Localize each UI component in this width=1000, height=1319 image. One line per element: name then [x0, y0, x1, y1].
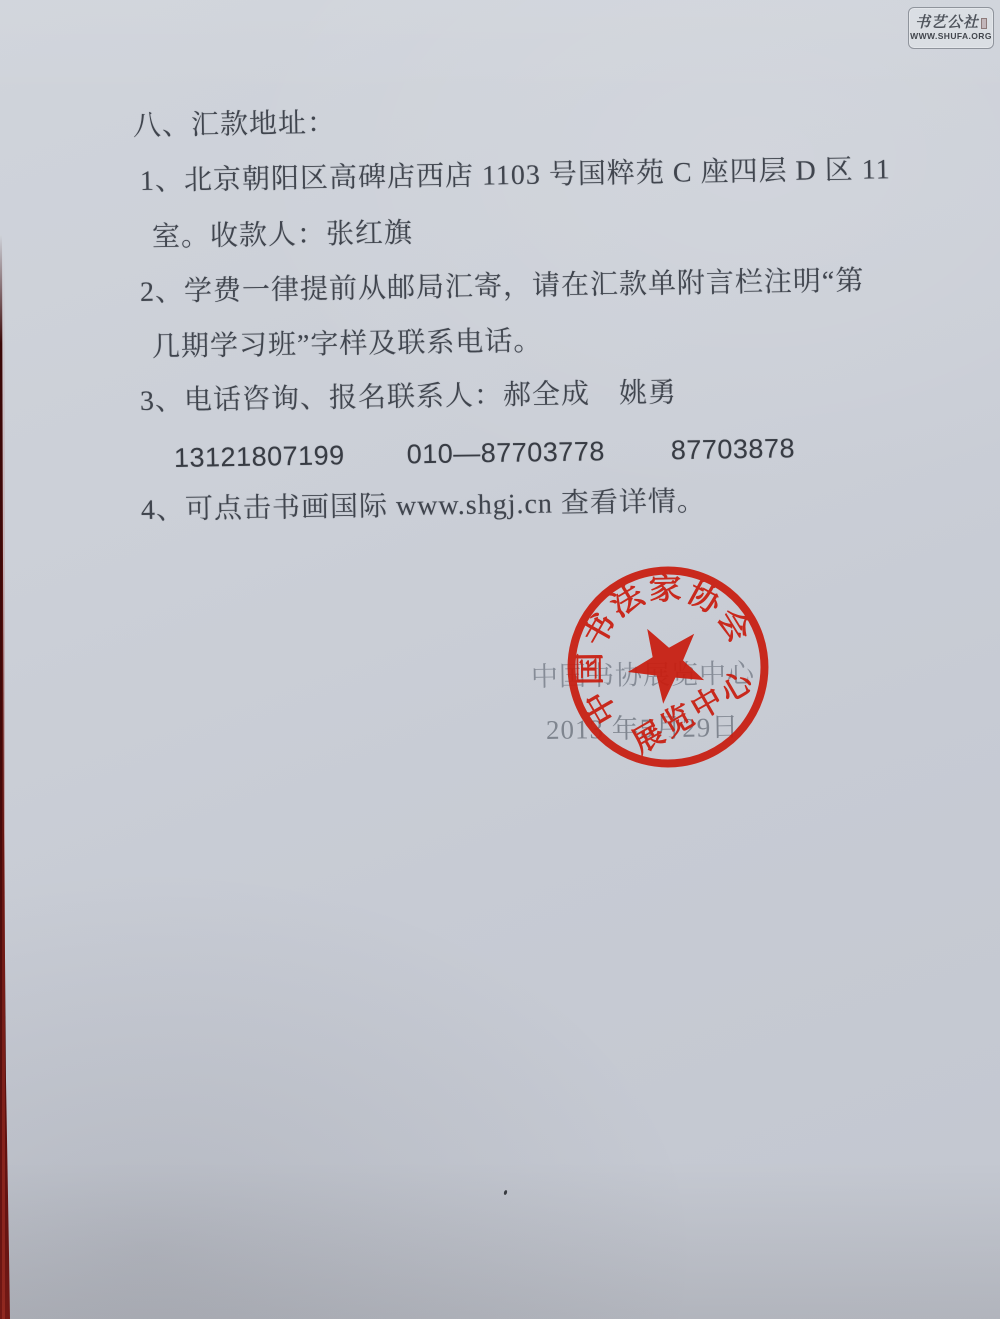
- watermark-logo-text: 书艺公社: [915, 15, 987, 31]
- phone-office-2: 87703878: [671, 433, 796, 465]
- tuition-line-1: 2、学费一律提前从邮局汇寄，请在汇款单附言栏注明“第: [140, 265, 865, 310]
- seal-svg: 中国书法家协会 展览中心: [562, 561, 774, 773]
- contacts-line: 3、电话咨询、报名联系人：郝全成 姚勇: [140, 377, 677, 419]
- website-line: 4、可点击书画国际 www.shgj.cn 查看详情。: [141, 485, 706, 528]
- official-seal-stamp: 中国书法家协会 展览中心: [562, 561, 774, 773]
- site-watermark: 书艺公社 WWW.SHUFA.ORG: [908, 7, 994, 49]
- watermark-url: WWW.SHUFA.ORG: [910, 32, 992, 41]
- phone-numbers-line: 13121807199 010—87703778 87703878: [174, 431, 796, 475]
- watermark-seal-icon: [981, 18, 987, 29]
- tuition-line-2: 几期学习班”字样及联系电话。: [152, 325, 543, 365]
- address-line-1: 1、北京朝阳区高碑店西店 1103 号国粹苑 C 座四层 D 区 11: [140, 153, 891, 199]
- section-heading: 八、汇款地址：: [133, 107, 337, 144]
- document-photo: { "colors": { "paper": "#cbcfd7", "ink":…: [0, 0, 1000, 1319]
- phone-mobile: 13121807199: [174, 440, 345, 473]
- phone-office-1: 010—87703778: [406, 436, 605, 469]
- ink-speck: [503, 1190, 507, 1196]
- red-backing-edge-highlight: [2, 250, 5, 1319]
- address-line-2: 室。收款人：张红旗: [152, 217, 414, 255]
